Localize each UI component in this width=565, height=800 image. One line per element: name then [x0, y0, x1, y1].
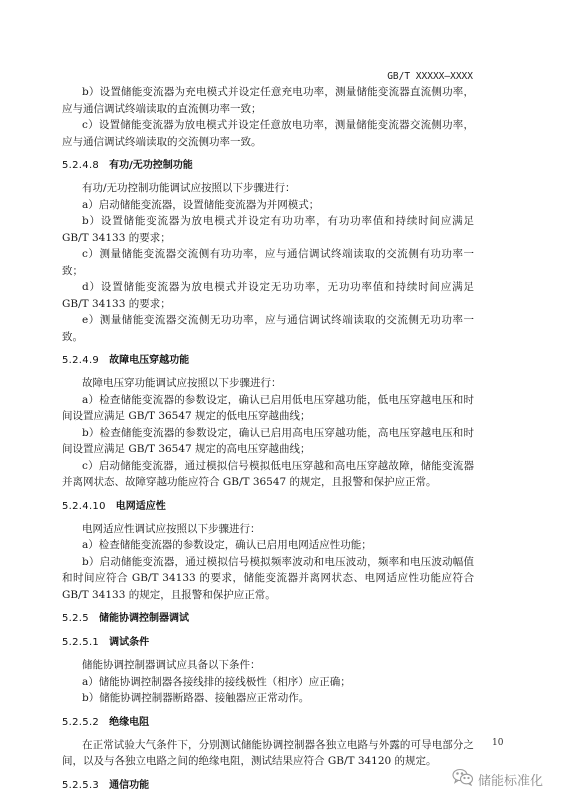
- paragraph: a）启动储能变流器，设置储能变流器为并网模式；: [62, 197, 474, 214]
- paragraph: d）设置储能变流器为放电模式并设定无功功率，无功功率值和持续时间应满足 GB/T…: [62, 279, 474, 312]
- document-body: b）设置储能变流器为充电模式并设定任意充电功率，测量储能变流器直流侧功率，应与通…: [62, 84, 474, 800]
- section-heading: 5.2.5.1调试条件: [62, 635, 474, 651]
- document-page: GB/T XXXXX—XXXX b）设置储能变流器为充电模式并设定任意充电功率，…: [0, 0, 565, 800]
- paragraph: b）启动储能变流器，通过模拟信号模拟频率波动和电压波动，频率和电压波动幅值和时间…: [62, 554, 474, 604]
- watermark: 储能标准化: [452, 768, 543, 790]
- watermark-text: 储能标准化: [478, 770, 543, 789]
- wechat-icon: [452, 768, 474, 790]
- standard-code: GB/T XXXXX—XXXX: [387, 71, 473, 82]
- paragraph: b）设置储能变流器为充电模式并设定任意充电功率，测量储能变流器直流侧功率，应与通…: [62, 84, 474, 117]
- paragraph: c）设置储能变流器为放电模式并设定任意放电功率，测量储能变流器交流侧功率，应与通…: [62, 117, 474, 150]
- section-title: 通信功能: [109, 780, 149, 791]
- section-number: 5.2.4.9: [62, 355, 99, 366]
- paragraph: c）测量储能变流器交流侧有功功率，应与通信调试终端读取的交流侧有功功率一致；: [62, 246, 474, 279]
- section-number: 5.2.5: [62, 613, 89, 624]
- section-title: 有功/无功控制功能: [109, 160, 193, 171]
- paragraph: 储能协调控制器调试应具备以下条件：: [62, 657, 474, 674]
- paragraph: a）储能协调控制器各接线排的接线极性（相序）应正确；: [62, 674, 474, 691]
- paragraph: 有功/无功控制功能调试应按照以下步骤进行：: [62, 180, 474, 197]
- section-heading: 5.2.4.9故障电压穿越功能: [62, 353, 474, 369]
- section-heading: 5.2.5.3通信功能: [62, 778, 474, 794]
- section-number: 5.2.5.3: [62, 780, 99, 791]
- section-title: 储能协调控制器调试: [99, 613, 189, 624]
- paragraph: c）启动储能变流器，通过模拟信号模拟低电压穿越和高电压穿越故障，储能变流器并离网…: [62, 458, 474, 491]
- section-heading: 5.2.4.8有功/无功控制功能: [62, 158, 474, 174]
- section-number: 5.2.5.2: [62, 717, 99, 728]
- paragraph: 电网适应性调试应按照以下步骤进行：: [62, 521, 474, 538]
- section-heading: 5.2.5.2绝缘电阻: [62, 715, 474, 731]
- section-number: 5.2.5.1: [62, 637, 99, 648]
- paragraph: 故障电压穿功能调试应按照以下步骤进行：: [62, 375, 474, 392]
- section-number: 5.2.4.10: [62, 501, 106, 512]
- section-heading: 5.2.5储能协调控制器调试: [62, 611, 474, 627]
- section-title: 绝缘电阻: [109, 717, 149, 728]
- paragraph: b）储能协调控制器断路器、接触器应正常动作。: [62, 690, 474, 707]
- paragraph: a）检查储能变流器的参数设定，确认已启用低电压穿越功能，低电压穿越电压和时间设置…: [62, 392, 474, 425]
- section-title: 调试条件: [109, 637, 149, 648]
- section-title: 故障电压穿越功能: [109, 355, 189, 366]
- page-number: 10: [492, 738, 503, 748]
- paragraph: e）测量储能变流器交流侧无功功率，应与通信调试终端读取的交流侧无功功率一致。: [62, 312, 474, 345]
- paragraph: 在正常试验大气条件下，分别测试储能协调控制器各独立电路与外露的可导电部分之间，以…: [62, 737, 474, 770]
- paragraph: b）设置储能变流器为放电模式并设定有功功率，有功功率值和持续时间应满足 GB/T…: [62, 213, 474, 246]
- paragraph: a）检查储能变流器的参数设定，确认已启用电网适应性功能；: [62, 537, 474, 554]
- section-heading: 5.2.4.10电网适应性: [62, 499, 474, 515]
- paragraph: b）检查储能变流器的参数设定，确认已启用高电压穿越功能，高电压穿越电压和时间设置…: [62, 425, 474, 458]
- section-title: 电网适应性: [116, 501, 166, 512]
- section-number: 5.2.4.8: [62, 160, 99, 171]
